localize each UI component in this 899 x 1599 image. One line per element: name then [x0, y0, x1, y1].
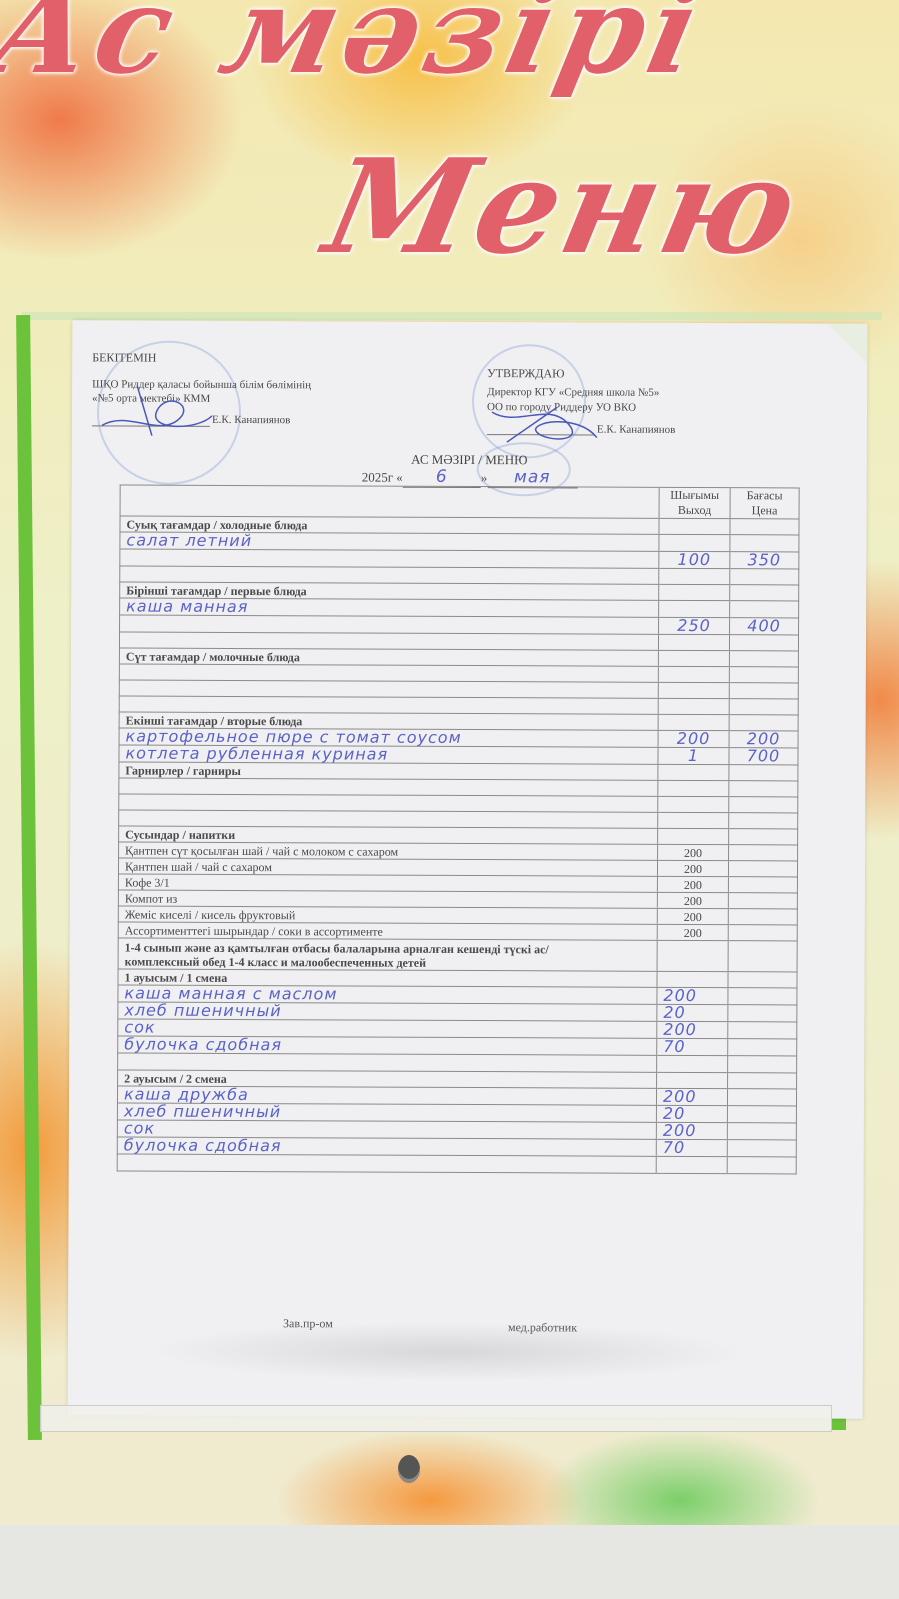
item-output: 200 — [684, 926, 702, 940]
signature-right-icon — [487, 392, 607, 453]
complex-lunch-header: 1-4 сынып және аз қамтылған отбасы балал… — [118, 938, 797, 972]
table-row — [117, 1154, 796, 1174]
table-row: салат летний — [120, 532, 799, 552]
mounting-screw-icon — [398, 1455, 420, 1483]
item-name: Жеміс киселі / кисель фруктовый — [125, 908, 296, 923]
banner-title-russian: Меню — [314, 130, 814, 283]
column-price-header: БағасыЦена — [730, 488, 799, 519]
item-name: котлета рубленная куриная — [125, 744, 388, 764]
item-name: Сусындар / напитки — [125, 828, 235, 842]
item-name: Ассортименттегі шырындар / соки в ассорт… — [125, 924, 383, 939]
column-output-header: ШығымыВыход — [659, 487, 730, 518]
item-name: Қантпен шай / чай с сахаром — [125, 860, 272, 875]
item-name: салат летний — [126, 531, 252, 551]
folded-corner — [827, 324, 867, 364]
frame-left-green-strip — [16, 315, 42, 1440]
item-name: Қантпен сүт қосылған шай / чай с молоком… — [125, 844, 398, 859]
date-day: 6 — [436, 467, 448, 487]
approval-left-signer: Е.К. Канапиянов — [212, 414, 290, 426]
item-output: 250 — [677, 616, 711, 635]
item-name: булочка сдобная — [124, 1035, 282, 1055]
bleed-through-smudge — [148, 1321, 748, 1384]
item-output: 200 — [684, 878, 702, 892]
item-output: 100 — [678, 550, 712, 569]
signature-left-icon — [97, 380, 217, 441]
item-name: Кофе 3/1 — [125, 876, 170, 890]
table-row: котлета рубленная куриная1700 — [119, 745, 798, 765]
approval-left-heading: БЕКІТЕМІН — [92, 350, 156, 365]
menu-sheet: БЕКІТЕМІН ШҚО Риддер қаласы бойынша білі… — [68, 320, 868, 1418]
item-output: 200 — [684, 894, 702, 908]
menu-board-banner: Ас мәзірі Меню — [0, 0, 899, 320]
banner-title-kazakh: Ас мәзірі — [0, 0, 718, 101]
item-name: Гарнирлер / гарниры — [125, 764, 241, 779]
approval-right-signer: Е.К. Канапиянов — [597, 424, 675, 436]
item-name: булочка сдобная — [124, 1136, 282, 1156]
wall-background — [0, 1525, 899, 1599]
frame-top — [22, 312, 882, 320]
date-prefix: 2025г « — [362, 470, 403, 485]
item-output: 70 — [663, 1138, 685, 1157]
table-row: каша манная — [120, 598, 799, 618]
item-price: 400 — [747, 616, 781, 635]
table-header: ШығымыВыходБағасыЦена — [120, 485, 799, 519]
item-output: 200 — [684, 910, 702, 924]
item-output: 200 — [684, 862, 702, 876]
approval-right-heading: УТВЕРЖДАЮ — [487, 366, 564, 381]
item-name: Сүт тағамдар / молочные блюда — [126, 650, 300, 665]
date-month: мая — [514, 467, 551, 487]
item-name: Компот из — [125, 892, 178, 906]
plastic-sleeve-edge — [40, 1405, 832, 1432]
item-output: 70 — [663, 1037, 685, 1056]
item-output: 1 — [688, 746, 699, 765]
item-name: каша манная — [126, 597, 248, 617]
item-price: 700 — [747, 746, 781, 765]
item-output: 200 — [684, 846, 702, 860]
item-price: 350 — [748, 550, 782, 569]
menu-table: ШығымыВыходБағасыЦенаСуық тағамдар / хол… — [117, 484, 800, 1174]
